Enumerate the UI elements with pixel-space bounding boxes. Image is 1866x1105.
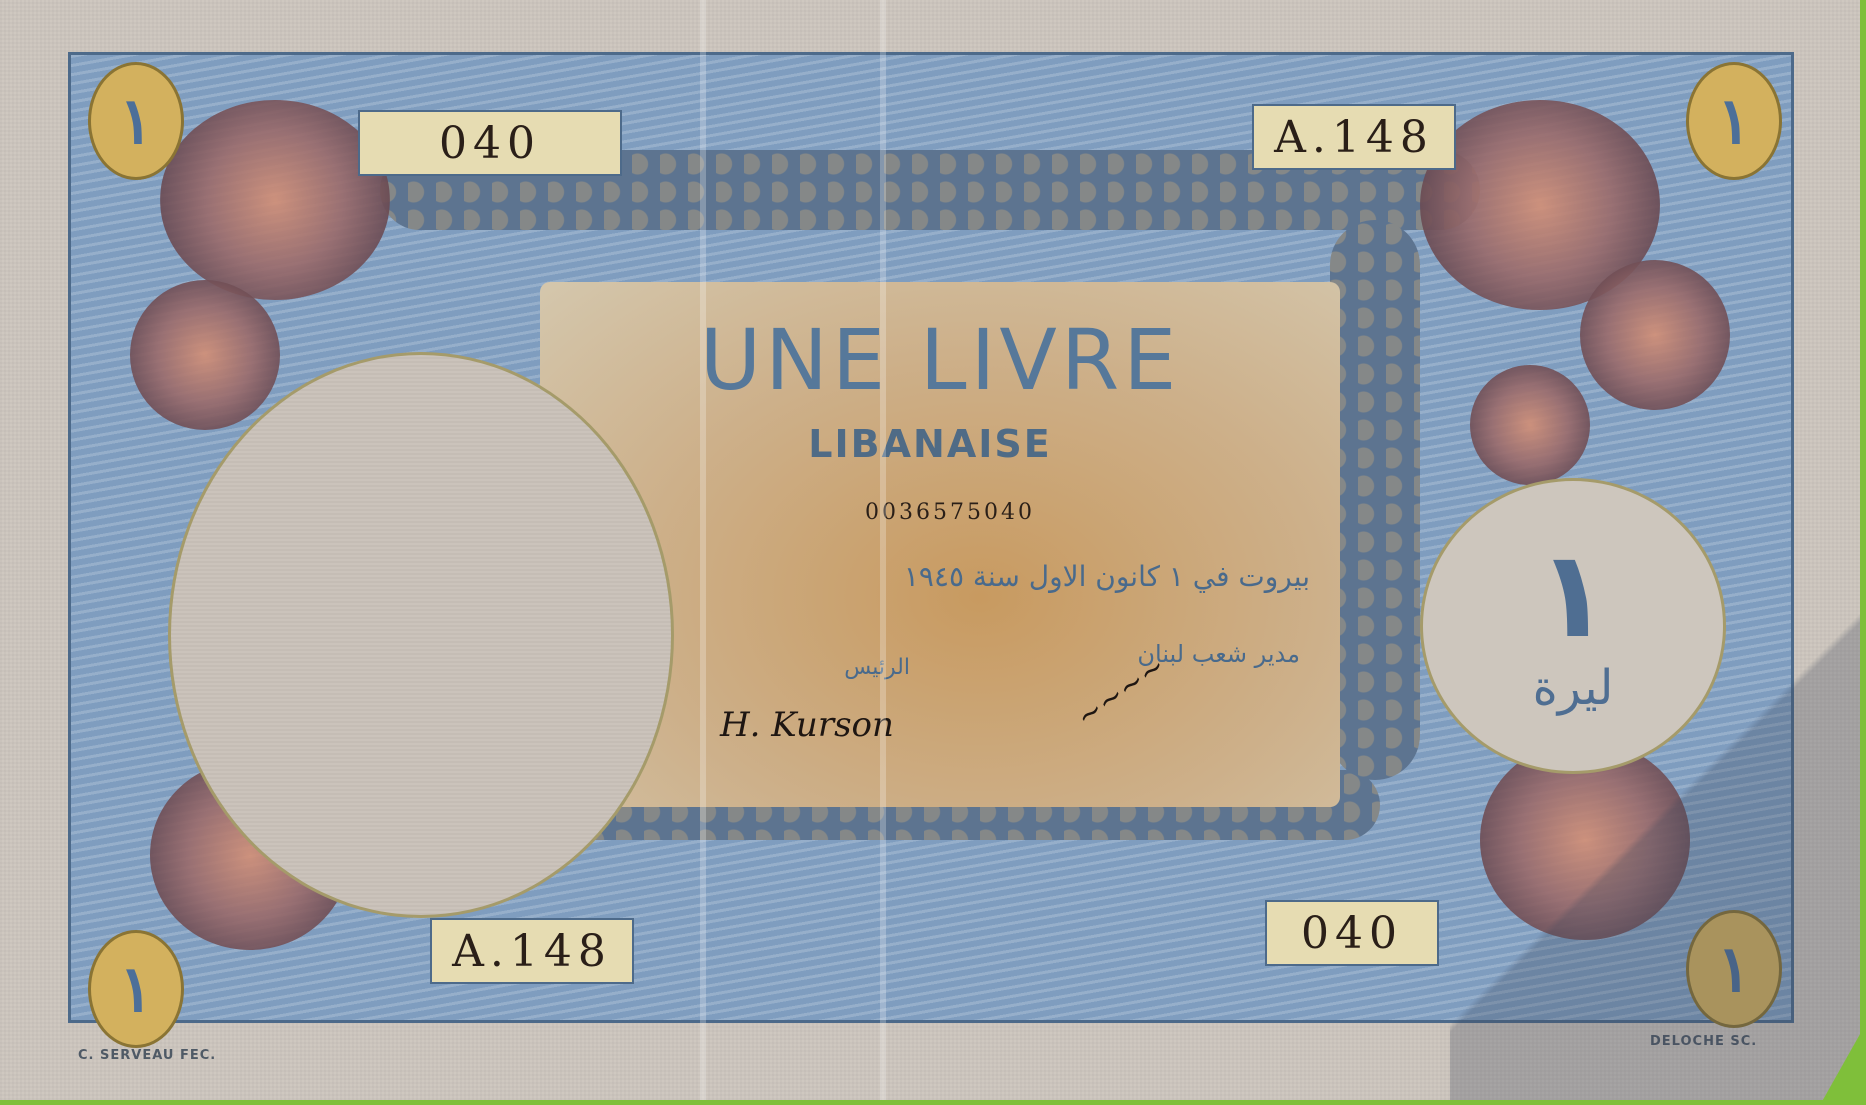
denomination-glyph: ١ [119, 952, 153, 1027]
rose-right [1470, 365, 1590, 485]
denomination-glyph: ١ [1717, 932, 1751, 1007]
corner-medallion-bottom-right: ١ [1686, 910, 1782, 1028]
tulip-left [130, 280, 280, 430]
fold-crease [880, 0, 886, 1100]
corner-medallion-top-right: ١ [1686, 62, 1782, 180]
series-number-bottom-right: 040 [1265, 900, 1439, 966]
denomination-subtitle: LIBANAISE [740, 422, 1120, 466]
series-code-bottom-left: A.148 [430, 918, 634, 984]
tulip-right [1580, 260, 1730, 410]
denomination-title: UNE LIVRE [620, 318, 1260, 402]
series-code-top-right: A.148 [1252, 104, 1456, 170]
flower-cluster-top-left [160, 100, 390, 300]
denomination-glyph: ١ [1717, 84, 1751, 159]
signature-left: H. Kurson [720, 705, 894, 745]
corner-medallion-bottom-left: ١ [88, 930, 184, 1048]
fold-crease [700, 0, 706, 1100]
watermark-area [168, 352, 674, 918]
series-number-top-left: 040 [358, 110, 622, 176]
arabic-signatory-title-left: الرئيس [760, 655, 910, 680]
serial-number: 0036575040 [800, 500, 1100, 525]
oval-currency-word: ليرة [1533, 660, 1614, 716]
arabic-signatory-title-right: مدير شعب لبنان [1040, 640, 1300, 668]
banknote: ١ ليرة ١ ١ ١ ١ 040 A.148 A.148 040 UNE L… [0, 0, 1860, 1100]
printer-credit-right: DELOCHE SC. [1650, 1034, 1757, 1049]
denomination-glyph: ١ [119, 84, 153, 159]
printer-credit-left: C. SERVEAU FEC. [78, 1048, 216, 1063]
corner-medallion-top-left: ١ [88, 62, 184, 180]
right-garland [1330, 220, 1420, 780]
arabic-date-line: بيروت في ١ كانون الاول سنة ١٩٤٥ [730, 560, 1310, 593]
oval-denomination: ١ [1536, 536, 1609, 656]
denomination-oval: ١ ليرة [1420, 478, 1726, 774]
